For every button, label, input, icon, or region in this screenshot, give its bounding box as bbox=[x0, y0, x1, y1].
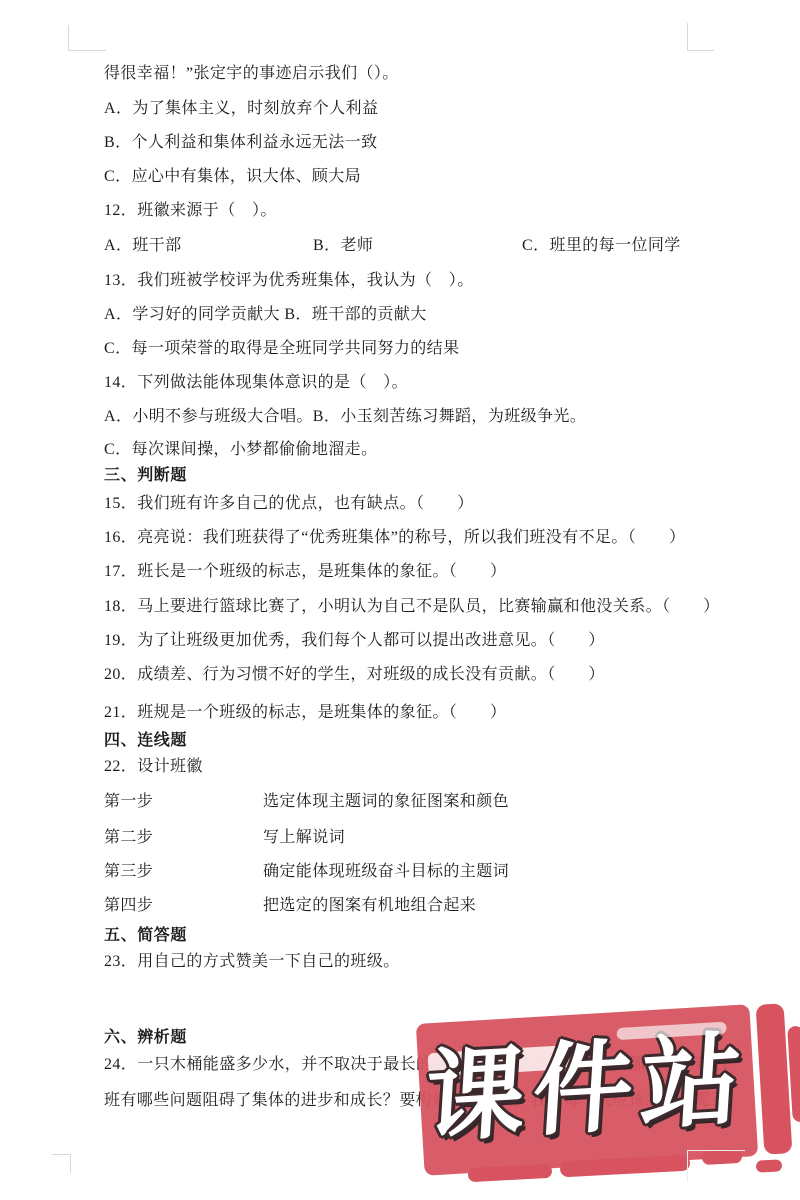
question-12-stem: 12．班徽来源于（ ）。 bbox=[104, 201, 277, 220]
question-20: 20．成绩差、行为习惯不好的学生，对班级的成长没有贡献。（ ） bbox=[104, 665, 605, 684]
margin-mark-top-left-vertical bbox=[68, 25, 69, 51]
stamp-bottom-blob-4 bbox=[756, 1159, 783, 1172]
question-19: 19．为了让班级更加优秀，我们每个人都可以提出改进意见。（ ） bbox=[104, 631, 605, 650]
question-23: 23．用自己的方式赞美一下自己的班级。 bbox=[104, 952, 400, 971]
question-13-option-ab: A．学习好的同学贡献大 B．班干部的贡献大 bbox=[104, 305, 427, 324]
section-6-title: 六、辨析题 bbox=[104, 1028, 187, 1047]
step-1-label: 第一步 bbox=[104, 792, 153, 811]
step-4-desc: 把选定的图案有机地组合起来 bbox=[263, 896, 476, 915]
stamp-bottom-blob-3 bbox=[702, 1149, 743, 1165]
margin-mark-top-right-horizontal bbox=[687, 50, 714, 51]
question-14-option-ab: A．小明不参与班级大合唱。B．小玉刻苦练习舞蹈，为班级争光。 bbox=[104, 407, 586, 426]
stamp-bottom-blob-1 bbox=[468, 1164, 553, 1182]
step-2-desc: 写上解说词 bbox=[263, 828, 345, 847]
question-16: 16．亮亮说：我们班获得了“优秀班集体”的称号，所以我们班没有不足。（ ） bbox=[104, 528, 685, 547]
question-13-option-c: C．每一项荣誉的取得是全班同学共同努力的结果 bbox=[104, 339, 459, 358]
question-11-option-c: C．应心中有集体，识大体、顾大局 bbox=[104, 167, 361, 186]
step-1-desc: 选定体现主题词的象征图案和颜色 bbox=[263, 792, 509, 811]
question-14-stem: 14．下列做法能体现集体意识的是（ ）。 bbox=[104, 373, 408, 392]
question-15: 15．我们班有许多自己的优点，也有缺点。（ ） bbox=[104, 494, 474, 513]
margin-mark-bottom-left-horizontal bbox=[52, 1154, 71, 1155]
step-3-label: 第三步 bbox=[104, 862, 153, 881]
question-12-option-a: A．班干部 bbox=[104, 236, 182, 255]
margin-mark-bottom-right-vertical bbox=[687, 1150, 688, 1182]
document-page: 得很幸福！”张定宇的事迹启示我们（）。 A．为了集体主义，时刻放弃个人利益 B．… bbox=[0, 0, 800, 1200]
step-4-label: 第四步 bbox=[104, 896, 153, 915]
question-11-stem-tail: 得很幸福！”张定宇的事迹启示我们（）。 bbox=[104, 64, 399, 83]
section-3-title: 三、判断题 bbox=[104, 466, 187, 485]
margin-mark-bottom-left-vertical bbox=[70, 1154, 71, 1173]
stamp-right-bar bbox=[756, 1003, 793, 1154]
question-11-option-a: A．为了集体主义，时刻放弃个人利益 bbox=[104, 99, 378, 118]
step-3-desc: 确定能体现班级奋斗目标的主题词 bbox=[263, 862, 509, 881]
question-12-option-c: C．班里的每一位同学 bbox=[522, 236, 681, 255]
margin-mark-bottom-right-horizontal bbox=[687, 1150, 745, 1151]
watermark-stamp-text: 课件站 bbox=[417, 1020, 758, 1158]
question-18: 18．马上要进行篮球比赛了，小明认为自己不是队员，比赛输赢和他没关系。（ ） bbox=[104, 597, 720, 616]
question-11-option-b: B．个人利益和集体利益永远无法一致 bbox=[104, 133, 377, 152]
margin-mark-top-left-horizontal bbox=[68, 50, 106, 51]
question-17: 17．班长是一个班级的标志，是班集体的象征。（ ） bbox=[104, 562, 506, 581]
question-12-option-b: B．老师 bbox=[313, 236, 373, 255]
margin-mark-top-right-vertical bbox=[687, 23, 688, 51]
section-5-title: 五、简答题 bbox=[104, 926, 187, 945]
section-4-title: 四、连线题 bbox=[104, 731, 187, 750]
step-2-label: 第二步 bbox=[104, 828, 153, 847]
question-13-stem: 13．我们班被学校评为优秀班集体，我认为（ ）。 bbox=[104, 271, 474, 290]
question-21: 21．班规是一个班级的标志，是班集体的象征。（ ） bbox=[104, 703, 506, 722]
question-14-option-c: C．每次课间操，小梦都偷偷地溜走。 bbox=[104, 440, 377, 459]
question-22-stem: 22．设计班徽 bbox=[104, 757, 203, 776]
